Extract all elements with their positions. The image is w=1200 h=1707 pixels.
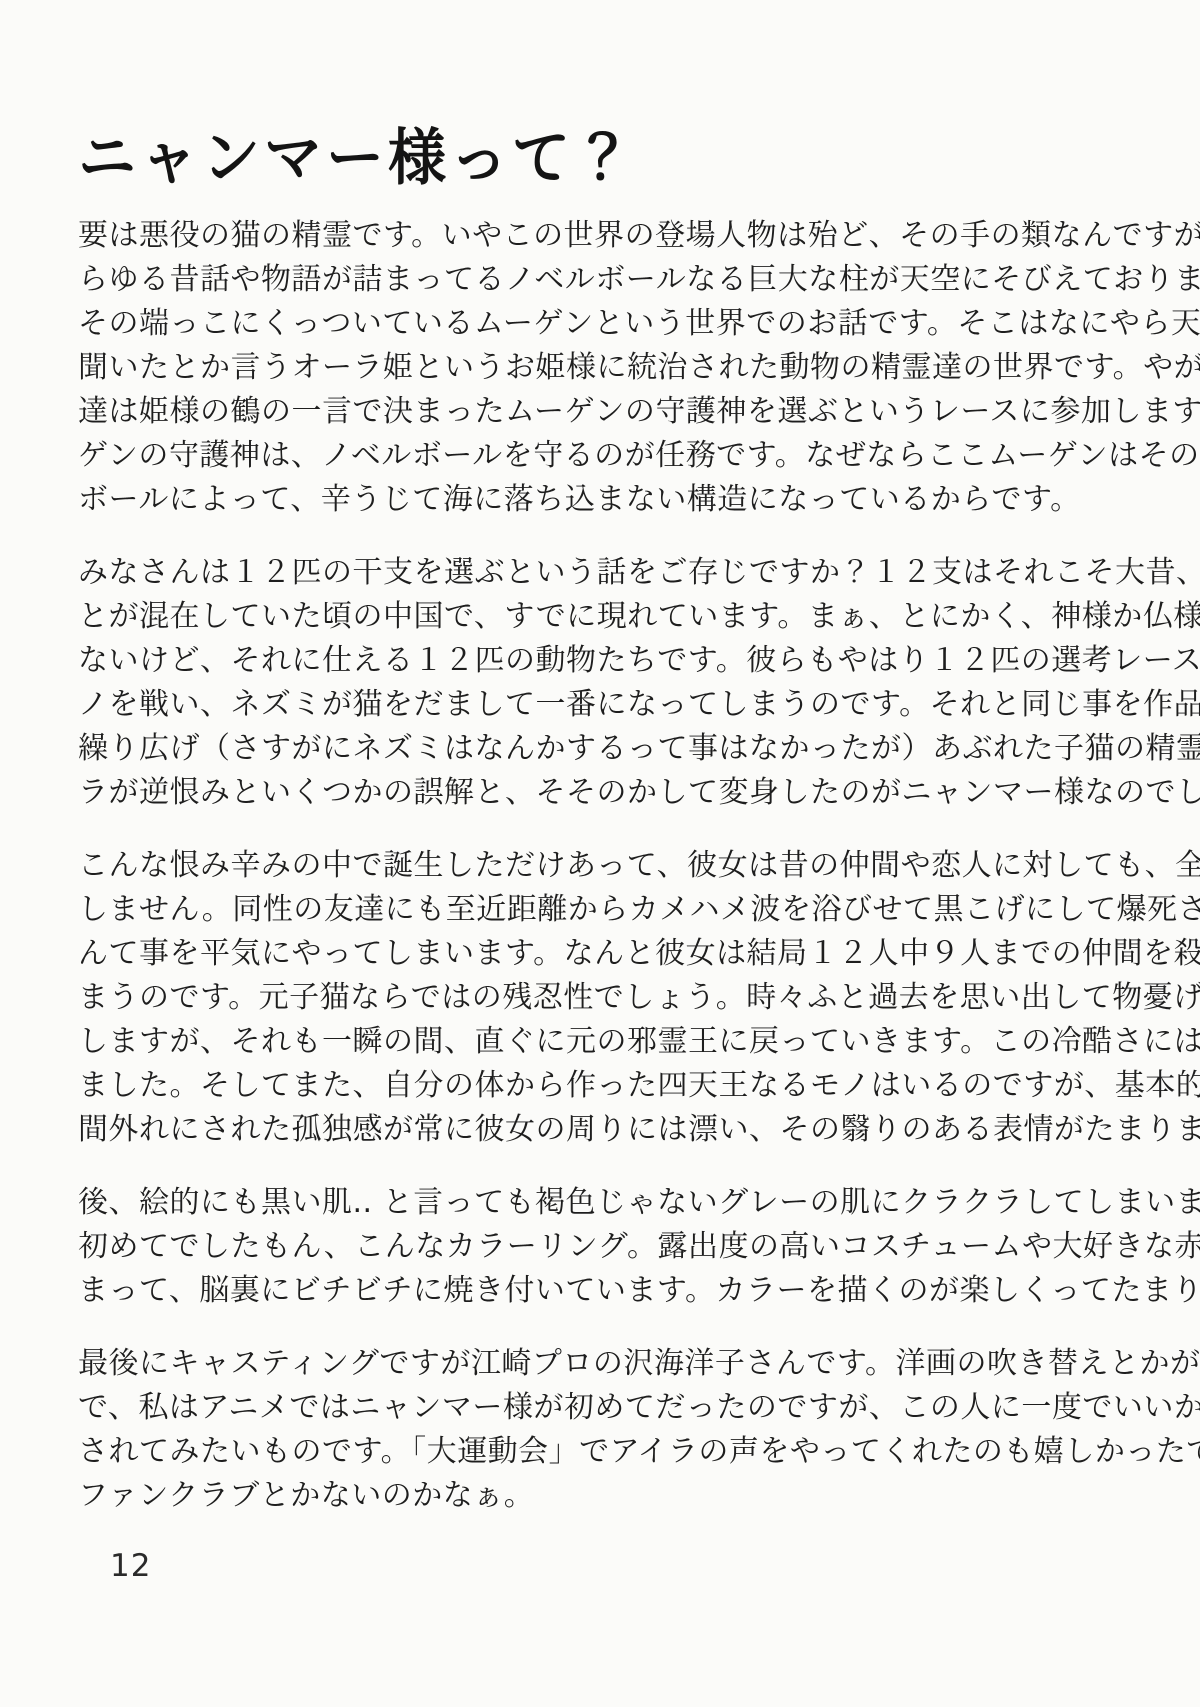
text-line: まうのです。元子猫ならではの残忍性でしょう。時々ふと過去を思い出して物憂げな顔も (78, 976, 1053, 1020)
text-line: こんな恨み辛みの中で誕生しただけあって、彼女は昔の仲間や恋人に対しても、全然容赦 (78, 844, 1053, 888)
text-line: 初めてでしたもん、こんなカラーリング。露出度の高いコスチュームや大好きな赤髪と相 (78, 1225, 1053, 1269)
document-page: ニャンマー様って？ 要は悪役の猫の精霊です。いやこの世界の登場人物は殆ど、その手… (0, 0, 1200, 1707)
text-line: その端っこにくっついているムーゲンという世界でのお話です。そこはなにやら天の声を (78, 302, 1053, 346)
page-number: 12 (110, 1548, 151, 1584)
text-line: ラが逆恨みといくつかの誤解と、そそのかして変身したのがニャンマー様なのでした。 (78, 771, 1053, 815)
paragraph-character-cruelty: こんな恨み辛みの中で誕生しただけあって、彼女は昔の仲間や恋人に対しても、全然容赦… (78, 844, 1053, 1152)
body-text: 要は悪役の猫の精霊です。いやこの世界の登場人物は殆ど、その手の類なんですが.. … (78, 214, 1053, 1547)
text-line: らゆる昔話や物語が詰まってるノベルボールなる巨大な柱が天空にそびえておりまして、 (78, 258, 1053, 302)
text-line: みなさんは１２匹の干支を選ぶという話をご存じですか？１２支はそれこそ大昔、人と神 (78, 551, 1053, 595)
text-line: ファンクラブとかないのかなぁ。 (78, 1474, 1053, 1518)
page-title: ニャンマー様って？ (78, 108, 636, 196)
text-line: ないけど、それに仕える１２匹の動物たちです。彼らもやはり１２匹の選考レースなるモ (78, 639, 1053, 683)
text-line: とが混在していた頃の中国で、すでに現れています。まぁ、とにかく、神様か仏様か知ら (78, 595, 1053, 639)
text-line: で、私はアニメではニャンマー様が初めてだったのですが、この人に一度でいいから命令 (78, 1386, 1053, 1430)
text-line: 要は悪役の猫の精霊です。いやこの世界の登場人物は殆ど、その手の類なんですが.. … (78, 214, 1053, 258)
text-line: 最後にキャスティングですが江崎プロの沢海洋子さんです。洋画の吹き替えとかが多い人 (78, 1342, 1053, 1386)
paragraph-design-coloring: 後、絵的にも黒い肌.. と言っても褐色じゃないグレーの肌にクラクラしてしまいまし… (78, 1181, 1053, 1313)
text-line: しません。同性の友達にも至近距離からカメハメ波を浴びせて黒こげにして爆死させるな (78, 888, 1053, 932)
paragraph-casting: 最後にキャスティングですが江崎プロの沢海洋子さんです。洋画の吹き替えとかが多い人… (78, 1342, 1053, 1518)
paragraph-zodiac: みなさんは１２匹の干支を選ぶという話をご存じですか？１２支はそれこそ大昔、人と神… (78, 551, 1053, 815)
paragraph-intro-story: 要は悪役の猫の精霊です。いやこの世界の登場人物は殆ど、その手の類なんですが.. … (78, 214, 1053, 522)
text-line: 後、絵的にも黒い肌.. と言っても褐色じゃないグレーの肌にクラクラしてしまいまし… (78, 1181, 1053, 1225)
text-line: ゲンの守護神は、ノベルボールを守るのが任務です。なぜならここムーゲンはそのノベル (78, 434, 1053, 478)
text-line: されてみたいものです。「大運動会」でアイラの声をやってくれたのも嬉しかったですね… (78, 1430, 1053, 1474)
text-line: んて事を平気にやってしまいます。なんと彼女は結局１２人中９人までの仲間を殺してし (78, 932, 1053, 976)
text-line: 達は姫様の鶴の一言で決まったムーゲンの守護神を選ぶというレースに参加します。ムー (78, 390, 1053, 434)
text-line: まって、脳裏にビチビチに焼き付いています。カラーを描くのが楽しくってたまりません (78, 1269, 1053, 1313)
text-line: 間外れにされた孤独感が常に彼女の周りには漂い、その翳りのある表情がたまりません。 (78, 1108, 1053, 1152)
text-line: 繰り広げ（さすがにネズミはなんかするって事はなかったが）あぶれた子猫の精霊ショコ (78, 727, 1053, 771)
text-line: ボールによって、辛うじて海に落ち込まない構造になっているからです。 (78, 478, 1053, 522)
text-line: しますが、それも一瞬の間、直ぐに元の邪霊王に戻っていきます。この冷酷さにはしびれ (78, 1020, 1053, 1064)
text-line: 聞いたとか言うオーラ姫というお姫様に統治された動物の精霊達の世界です。やがて精霊 (78, 346, 1053, 390)
text-line: ました。そしてまた、自分の体から作った四天王なるモノはいるのですが、基本的には仲 (78, 1064, 1053, 1108)
text-line: ノを戦い、ネズミが猫をだまして一番になってしまうのです。それと同じ事を作品の中で (78, 683, 1053, 727)
